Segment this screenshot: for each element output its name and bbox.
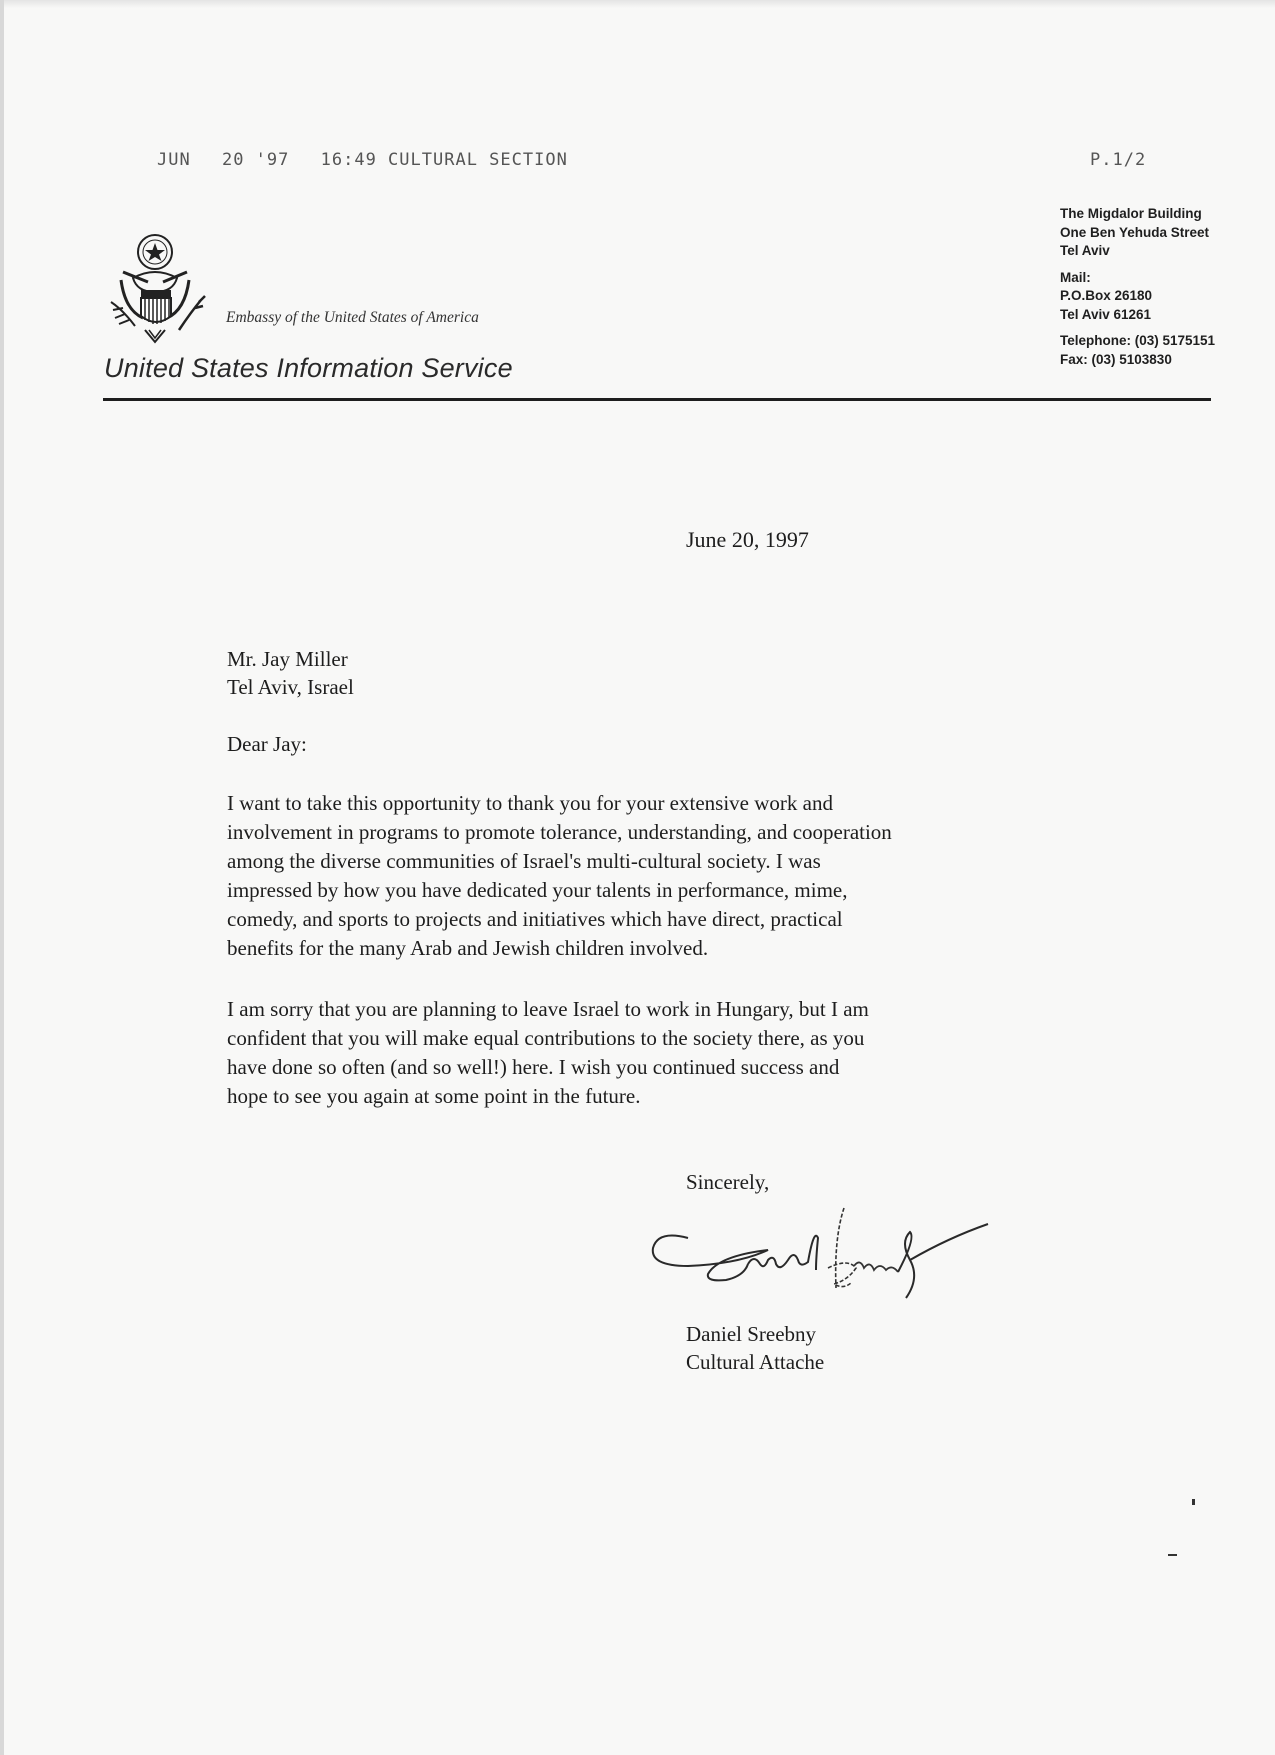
great-seal-icon (103, 230, 223, 350)
paragraph-line: have done so often (and so well!) here. … (227, 1053, 1087, 1082)
city: Tel Aviv (1060, 242, 1215, 261)
recipient-location: Tel Aviv, Israel (227, 673, 354, 701)
mail-city: Tel Aviv 61261 (1060, 306, 1215, 325)
salutation: Dear Jay: (227, 732, 307, 757)
paragraph-line: I am sorry that you are planning to leav… (227, 995, 1087, 1024)
paragraph-line: comedy, and sports to projects and initi… (227, 905, 1087, 934)
fax-date: 20 '97 (222, 150, 289, 170)
organization-name: United States Information Service (104, 353, 513, 384)
recipient-name: Mr. Jay Miller (227, 645, 354, 673)
signer: Daniel Sreebny Cultural Attache (686, 1320, 824, 1376)
paragraph-line: among the diverse communities of Israel'… (227, 847, 1087, 876)
paragraph-line: benefits for the many Arab and Jewish ch… (227, 934, 1087, 963)
paragraph-line: impressed by how you have dedicated your… (227, 876, 1087, 905)
fax: Fax: (03) 5103830 (1060, 351, 1215, 370)
paragraph-2: I am sorry that you are planning to leav… (227, 995, 1087, 1111)
street: One Ben Yehuda Street (1060, 224, 1215, 243)
fax-month: JUN (157, 150, 191, 170)
scan-speck (1168, 1554, 1177, 1556)
letter-date: June 20, 1997 (686, 527, 809, 553)
page-edge (0, 0, 1275, 8)
paragraph-line: confident that you will make equal contr… (227, 1024, 1087, 1053)
paragraph-line: I want to take this opportunity to thank… (227, 789, 1087, 818)
signature-icon (648, 1198, 1028, 1308)
embassy-name: Embassy of the United States of America (226, 309, 479, 327)
paragraph-line: hope to see you again at some point in t… (227, 1082, 1087, 1111)
paragraph-1: I want to take this opportunity to thank… (227, 789, 1087, 963)
telephone: Telephone: (03) 5175151 (1060, 332, 1215, 351)
mail-label: Mail: (1060, 269, 1215, 288)
closing: Sincerely, (686, 1170, 769, 1195)
address-block: The Migdalor Building One Ben Yehuda Str… (1060, 205, 1215, 369)
signer-name: Daniel Sreebny (686, 1320, 824, 1348)
fax-header: JUN 20 '97 16:49 CULTURAL SECTION (157, 150, 588, 170)
fax-time-section: 16:49 CULTURAL SECTION (321, 150, 568, 170)
page-edge-left (0, 0, 4, 1755)
fax-page-number: P.1/2 (1090, 150, 1146, 170)
letterhead-divider (103, 398, 1211, 401)
paragraph-line: involvement in programs to promote toler… (227, 818, 1087, 847)
signer-title: Cultural Attache (686, 1348, 824, 1376)
po-box: P.O.Box 26180 (1060, 287, 1215, 306)
scan-speck (1192, 1499, 1195, 1505)
building: The Migdalor Building (1060, 205, 1215, 224)
recipient: Mr. Jay Miller Tel Aviv, Israel (227, 645, 354, 701)
